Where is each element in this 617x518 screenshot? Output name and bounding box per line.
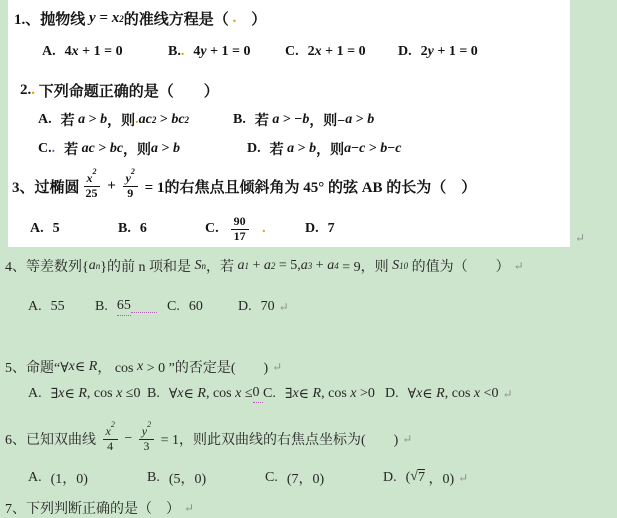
stem-text: , cos (87, 386, 116, 402)
math-variable: a (345, 112, 352, 128)
question-1-stem: 1.、抛物线 y = x2的准线方程是（ . ） (14, 8, 266, 29)
stem-text: 若 (255, 110, 273, 130)
stem-text: 若 (64, 139, 82, 159)
math-variable: a (264, 258, 271, 274)
stem-text: 60 (189, 299, 203, 315)
fraction-numerator-variable: x (87, 172, 93, 185)
stem-text: 6、已知双曲线 (5, 429, 100, 449)
stem-text: > (158, 141, 173, 157)
question-4-options: A.55B.65C.60D.70↵ (28, 298, 289, 316)
fraction-denominator: 25 (83, 187, 101, 200)
stem-text: 2 (308, 44, 315, 60)
option-c: C.60 (167, 299, 238, 315)
math-variable: a (344, 141, 351, 157)
math-variable: R (89, 359, 98, 375)
stem-text: ≤0 (122, 386, 140, 402)
option-b: B.65 (95, 298, 167, 316)
stem-text: ∈ (64, 386, 78, 403)
option-label: B. (95, 299, 108, 315)
stem-text: ，则− (309, 110, 345, 130)
math-variable: c (395, 141, 401, 157)
option-a: A.若 a > b，则.ac2 > bc2 (38, 110, 233, 130)
stem-text: 55 (51, 299, 65, 315)
math-fraction: y23 (139, 425, 154, 452)
exam-document-page: 1.、抛物线 y = x2的准线方程是（ . ） A.4x + 1 = 0B..… (0, 0, 617, 518)
stem-text: = 1，则此双曲线的右焦点坐标为( ) (157, 429, 398, 449)
option-b: B.6 (118, 221, 205, 237)
fraction-numerator-value: 90 (234, 215, 246, 228)
stem-text: − (351, 141, 359, 157)
option-label: C. (285, 44, 299, 60)
math-variable: bc (171, 112, 184, 128)
dotted-underlined-text: 65 (117, 298, 131, 316)
option-b: B.(5，0) (147, 468, 265, 488)
option-label: B. (233, 112, 246, 128)
stem-text: ∈ (422, 386, 436, 403)
stem-text: }的前 n 项和是 (100, 256, 194, 276)
fraction-denominator: 9 (124, 187, 136, 200)
stem-text: , cos (321, 386, 350, 402)
annotation-dot: . (181, 44, 185, 59)
option-label: C. (263, 386, 276, 402)
fraction-numerator: x2 (84, 172, 100, 186)
option-label: A. (38, 112, 52, 128)
stem-text: ，则 (316, 139, 344, 159)
option-c: C.2x + 1 = 0 (285, 44, 398, 60)
stem-text: 5、命题“∀ (5, 357, 69, 377)
stem-text: = 9，则 (339, 256, 392, 276)
radical-sign: √ (410, 469, 418, 485)
stem-text: 3、过椭圆 (12, 176, 80, 197)
annotation-dot: . (262, 221, 266, 237)
math-variable: b (100, 112, 107, 128)
stem-text: = (96, 10, 112, 27)
math-variable: a (272, 112, 279, 128)
stem-text: = 1的右焦点且倾斜角为 45° 的弦 AB 的长为（ ） (141, 176, 476, 197)
option-c: C.(7，0) (265, 468, 383, 488)
stem-text: ∈ (184, 386, 198, 403)
fraction-numerator: x2 (103, 425, 118, 439)
option-label: C. (205, 221, 219, 237)
stem-text: >0 (357, 386, 375, 402)
stem-text: > 0 ”的否定是( ) (143, 357, 268, 377)
option-label: C. (167, 299, 180, 315)
stem-text: + 1 = 0 (79, 44, 123, 60)
question-1-options: A.4x + 1 = 0B..4y + 1 = 0C.2x + 1 = 0D.2… (42, 44, 478, 60)
fraction-numerator: y2 (123, 172, 138, 186)
stem-text: 5 (53, 221, 60, 237)
option-label: A. (30, 221, 44, 237)
math-variable: R (313, 386, 322, 402)
math-fraction: 9017 (231, 215, 249, 242)
option-c: C..若 ac > bc，则a > b (38, 139, 247, 159)
stem-text: 若 (61, 110, 79, 130)
option-a: A.5 (30, 221, 118, 237)
option-label: D. (238, 299, 252, 315)
math-variable: S (194, 258, 201, 274)
math-variable: R (436, 386, 445, 402)
stem-text: − (387, 141, 395, 157)
paragraph-mark-icon: ↵ (514, 259, 524, 274)
stem-text: = 5, (275, 258, 300, 274)
option-a: A.∃x∈ R, cos x ≤0 (28, 386, 147, 403)
stem-text: + (104, 178, 120, 195)
option-c: C.9017 . (205, 215, 305, 242)
math-variable: b (173, 141, 180, 157)
paragraph-mark-icon: ↵ (503, 387, 513, 402)
paragraph-mark-icon: ↵ (272, 360, 282, 375)
stem-text: > (294, 141, 309, 157)
paragraph-mark-icon: ↵ (402, 432, 412, 447)
math-variable: x (72, 44, 79, 60)
stem-text: (7，0) (287, 468, 324, 488)
option-label: B. (147, 470, 160, 486)
stem-text: + 1 = 0 (207, 44, 251, 60)
option-d: D.7 (305, 221, 335, 237)
stem-text: 70 (261, 299, 275, 315)
option-d: D.70↵ (238, 299, 289, 315)
annotation-dot: . (52, 141, 56, 156)
stem-text: (5，0) (169, 468, 206, 488)
option-label: D. (385, 386, 399, 402)
fraction-denominator: 3 (140, 440, 152, 453)
math-variable: b (367, 112, 374, 128)
stem-text: 2 (421, 44, 428, 60)
question-6-options: A.(1，0)B.(5，0)C.(7，0)D.(√7 ，0)↵ (28, 468, 468, 488)
stem-text: + 1 = 0 (322, 44, 366, 60)
question-2-options-row-1: A.若 a > b，则.ac2 > bc2B.若 a > −b，则−a > b (38, 110, 374, 130)
option-d: D.(√7 ，0)↵ (383, 468, 468, 488)
stem-text: , cos (206, 386, 235, 402)
stem-text: + 1 = 0 (434, 44, 478, 60)
math-variable: a (301, 258, 308, 274)
paragraph-mark-icon: ↵ (458, 471, 468, 486)
stem-text: 的准线方程是（ (124, 8, 233, 29)
math-variable: a (151, 141, 158, 157)
stem-text: ，则 (107, 110, 135, 130)
math-variable: b (302, 112, 309, 128)
option-d: D.∀x∈ R, cos x <0↵ (385, 386, 513, 403)
stem-text: 4、等差数列{ (5, 256, 89, 276)
stem-text: ≤ (241, 386, 252, 402)
question-5-stem: 5、命题“∀x∈ R， cos x > 0 ”的否定是( )↵ (5, 357, 282, 377)
stem-text: 下列命题正确的是（ ） (35, 80, 219, 101)
math-fraction: x225 (83, 172, 101, 199)
question-3-options: A.5B.6C.9017 .D.7 (30, 212, 335, 246)
option-b: B.∀x∈ R, cos x ≤0 (147, 385, 263, 403)
option-label: A. (28, 470, 42, 486)
option-label: D. (247, 141, 261, 157)
option-a: A.4x + 1 = 0 (42, 44, 168, 60)
stem-text (252, 221, 263, 237)
stem-text: ∀ (408, 386, 416, 403)
option-label: D. (383, 470, 397, 486)
math-variable: b (380, 141, 387, 157)
question-2-stem: 2.. 下列命题正确的是（ ） (20, 80, 219, 101)
stem-text: ∈ (299, 386, 313, 403)
question-3-stem: 3、过椭圆x225 + y29 = 1的右焦点且倾斜角为 45° 的弦 AB 的… (12, 164, 476, 208)
stem-text: > (85, 112, 100, 128)
math-variable: R (78, 386, 87, 402)
option-label: A. (28, 386, 42, 402)
stem-text: + (312, 258, 327, 274)
stem-text: 若 (270, 139, 288, 159)
fraction-denominator: 4 (104, 440, 116, 453)
stem-text: ，若 (206, 256, 238, 276)
option-b: B.若 a > −b，则−a > b (233, 110, 374, 130)
stem-text: (1，0) (51, 468, 88, 488)
option-label: D. (305, 221, 319, 237)
option-label: C. (265, 470, 278, 486)
paragraph-mark-icon: ↵ (279, 300, 289, 315)
option-b: B..4y + 1 = 0 (168, 44, 285, 60)
math-variable: ac (139, 112, 152, 128)
dotted-underlined-text: 0 (253, 385, 264, 403)
question-4-stem: 4、等差数列{an}的前 n 项和是 Sn，若 a1 + a2 = 5,a3 +… (5, 256, 524, 276)
math-variable: S (392, 258, 399, 274)
paragraph-mark-after-image: ↵ (575, 231, 585, 246)
stem-text: 6 (140, 221, 147, 237)
embedded-scan-image: 1.、抛物线 y = x2的准线方程是（ . ） A.4x + 1 = 0B..… (8, 0, 570, 247)
stem-text: > − (279, 112, 302, 128)
option-d: D.若 a > b，则a−c > b−c (247, 139, 402, 159)
math-variable: b (309, 141, 316, 157)
stem-text: 7、下列判断正确的是（ ） (5, 498, 180, 518)
math-variable: a (287, 141, 294, 157)
question-7-stem: 7、下列判断正确的是（ ）↵ (5, 498, 194, 518)
math-variable: R (197, 386, 206, 402)
stem-text: 1.、抛物线 (14, 8, 89, 29)
stem-text: + (249, 258, 264, 274)
option-label: A. (28, 299, 42, 315)
stem-text: ） (236, 8, 266, 29)
stem-text: 2. (20, 82, 31, 99)
math-fraction: x24 (103, 425, 118, 452)
stem-text: ，则 (123, 139, 151, 159)
option-c: C.∃x∈ R, cos x >0 (263, 386, 385, 403)
math-fraction: y29 (123, 172, 138, 199)
stem-text: <0 (480, 386, 498, 402)
math-variable: a (78, 112, 85, 128)
stem-text: , cos (445, 386, 474, 402)
option-a: A.55 (28, 299, 95, 315)
math-variable: a (89, 258, 96, 274)
option-label: B.. (168, 44, 184, 60)
stem-text: 7 (328, 221, 335, 237)
stem-text: ， cos (97, 357, 137, 377)
stem-text: > (156, 112, 171, 128)
option-label: A. (42, 44, 56, 60)
paragraph-mark-icon: ↵ (184, 501, 194, 516)
option-label: B. (147, 386, 160, 402)
stem-text: 的值为（ ） (408, 256, 510, 276)
option-label: D. (398, 44, 412, 60)
option-d: D.2y + 1 = 0 (398, 44, 478, 60)
stem-text: > (95, 141, 110, 157)
dotted-underline-gap (131, 301, 157, 313)
stem-text: ∈ (75, 359, 89, 376)
fraction-denominator: 17 (231, 230, 249, 243)
math-square-root: √7 (410, 469, 425, 486)
stem-text: 4 (65, 44, 72, 60)
fraction-numerator: 90 (231, 215, 249, 229)
option-label: B. (118, 221, 131, 237)
math-variable: y (89, 10, 96, 27)
radicand: 7 (418, 469, 425, 486)
fraction-numerator: y2 (139, 425, 154, 439)
stem-text: − (121, 431, 136, 447)
question-6-stem: 6、已知双曲线 x24 − y23 = 1，则此双曲线的右焦点坐标为( )↵ (5, 416, 412, 462)
math-variable: a (327, 258, 334, 274)
option-a: A.(1，0) (28, 468, 147, 488)
question-5-options: A.∃x∈ R, cos x ≤0B.∀x∈ R, cos x ≤0 C.∃x∈… (28, 385, 513, 403)
math-variable: x (315, 44, 322, 60)
question-2-options-row-2: C..若 ac > bc，则a > bD.若 a > b，则a−c > b−c (38, 139, 402, 159)
option-label: C.. (38, 141, 55, 157)
stem-text: > (352, 112, 367, 128)
math-variable: bc (110, 141, 123, 157)
stem-text: ，0) (425, 468, 454, 488)
math-variable: ac (82, 141, 95, 157)
math-variable: a (237, 258, 244, 274)
stem-text: > (365, 141, 380, 157)
